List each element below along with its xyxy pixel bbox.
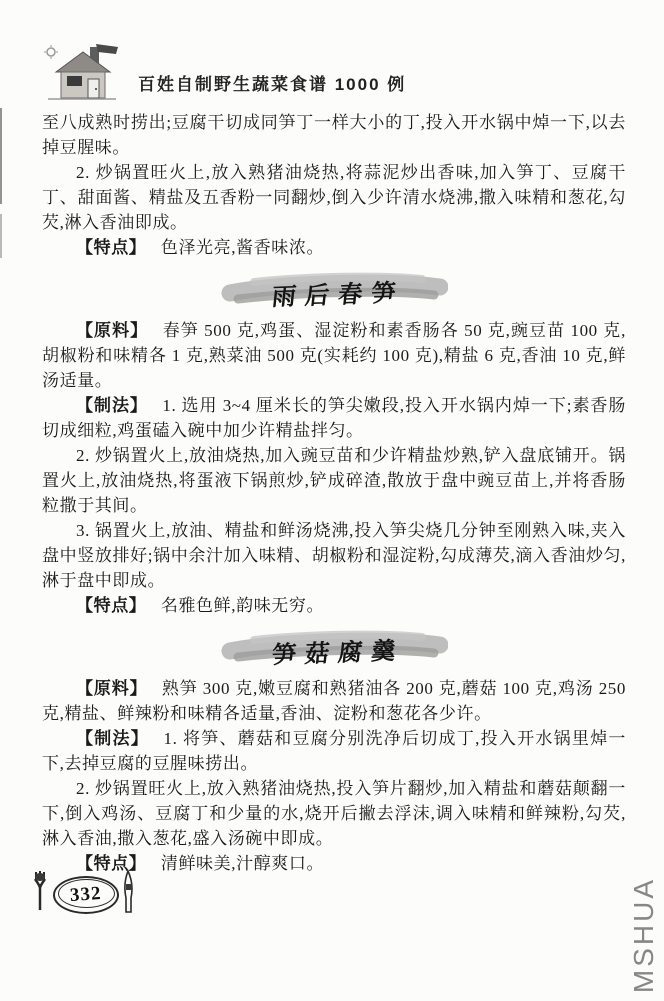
plate-ellipse: 332 <box>53 876 119 914</box>
brush-stroke-background: 雨后春笋 <box>220 268 448 312</box>
scan-edge-artifact <box>0 108 2 204</box>
method-label: 【制法】 <box>76 396 148 415</box>
recipe2-title-block: 笋菇腐羹 <box>42 626 626 670</box>
method-label: 【制法】 <box>76 729 149 748</box>
feature-label: 【特点】 <box>76 238 146 257</box>
page-footer: 332 <box>30 868 138 921</box>
ingredients-label: 【原料】 <box>76 679 147 698</box>
continued-paragraph: 至八成熟时捞出;豆腐干切成同笋丁一样大小的丁,投入开水锅中焯一下,以去掉豆腥味。 <box>42 110 626 160</box>
book-title: 百姓自制野生蔬菜食谱 1000 例 <box>138 56 406 95</box>
intro-method-step-2: 2. 炒锅置旺火上,放入熟猪油烧热,将蒜泥炒出香味,加入笋丁、豆腐干丁、甜面酱、… <box>42 160 626 235</box>
feature-text: 色泽光亮,酱香味浓。 <box>161 238 324 257</box>
intro-feature: 【特点】色泽光亮,酱香味浓。 <box>42 235 626 260</box>
page-content: 百姓自制野生蔬菜食谱 1000 例 至八成熟时捞出;豆腐干切成同笋丁一样大小的丁… <box>0 0 664 876</box>
scan-edge-artifact <box>0 214 2 258</box>
feature-text: 名雅色鲜,韵味无穷。 <box>161 596 324 615</box>
knife-icon <box>120 868 138 921</box>
recipe1-ingredients: 【原料】春笋 500 克,鸡蛋、湿淀粉和素香肠各 50 克,豌豆苗 100 克,… <box>42 318 626 393</box>
watermark-text: MSHUA <box>628 877 660 993</box>
ingredients-label: 【原料】 <box>76 321 148 340</box>
recipe2-ingredients: 【原料】熟笋 300 克,嫩豆腐和熟猪油各 200 克,蘑菇 100 克,鸡汤 … <box>42 676 626 726</box>
recipe1-method-step-3: 3. 锅置火上,放油、精盐和鲜汤烧沸,投入笋尖烧几分钟至刚熟入味,夹入盘中竖放排… <box>42 518 626 593</box>
recipe1-method-step-1: 【制法】1. 选用 3~4 厘米长的笋尖嫩段,投入开水锅内焯一下;素香肠切成细粒… <box>42 393 626 443</box>
recipe1-title-block: 雨后春笋 <box>42 268 626 312</box>
fork-icon <box>30 868 52 921</box>
feature-text: 清鲜味美,汁醇爽口。 <box>161 854 324 873</box>
page-number: 332 <box>70 882 103 906</box>
house-icon <box>42 42 122 109</box>
recipe2-method-step-2: 2. 炒锅置旺火上,放入熟猪油烧热,投入笋片翻炒,加入精盐和蘑菇颠翻一下,倒入鸡… <box>42 776 626 851</box>
book-page: 百姓自制野生蔬菜食谱 1000 例 至八成熟时捞出;豆腐干切成同笋丁一样大小的丁… <box>0 0 664 1001</box>
feature-label: 【特点】 <box>76 596 146 615</box>
page-header: 百姓自制野生蔬菜食谱 1000 例 <box>42 44 626 106</box>
brush-stroke-background: 笋菇腐羹 <box>220 626 448 670</box>
recipe2-method-step-1: 【制法】1. 将笋、蘑菇和豆腐分别洗净后切成丁,投入开水锅里焯一下,去掉豆腐的豆… <box>42 726 626 776</box>
recipe1-feature: 【特点】名雅色鲜,韵味无穷。 <box>42 593 626 618</box>
recipe1-method-step-2: 2. 炒锅置火上,放油烧热,加入豌豆苗和少许精盐炒熟,铲入盘底铺开。锅置火上,放… <box>42 443 626 518</box>
